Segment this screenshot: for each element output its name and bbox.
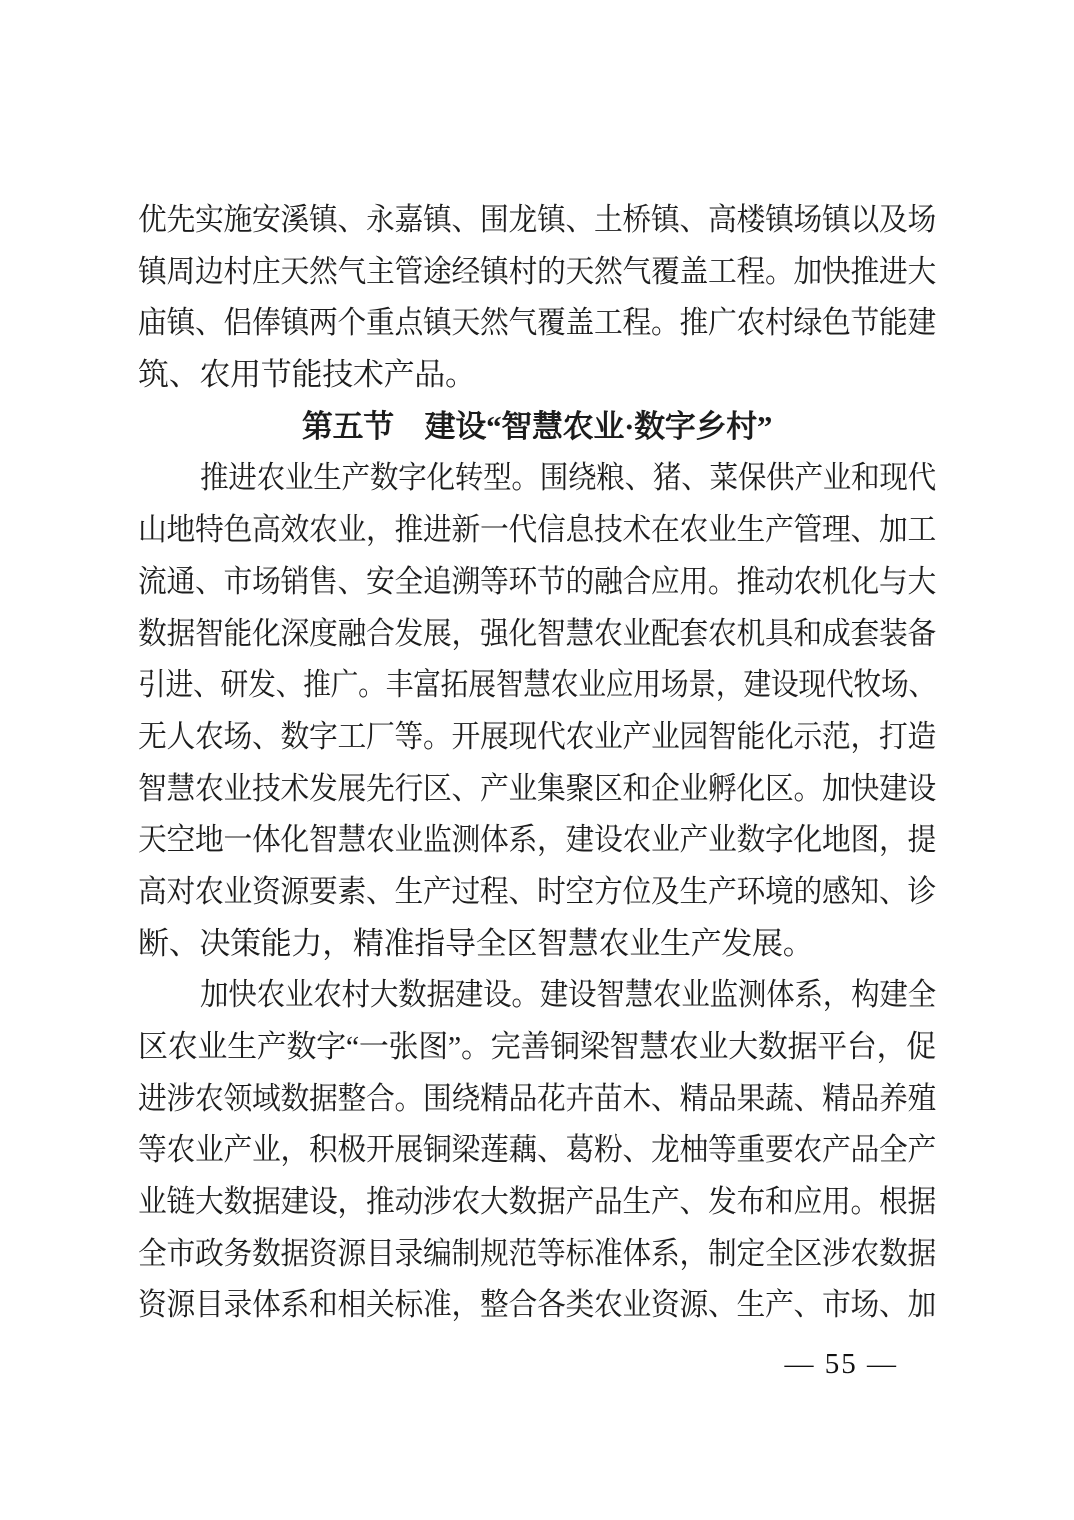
text-line-content: 无人农场、数字工厂等。开展现代农业产业园智能化示范，打造	[138, 711, 936, 763]
text-line-content: 引进、研发、推广。丰富拓展智慧农业应用场景，建设现代牧场、	[138, 659, 936, 711]
text-line-content: 天空地一体化智慧农业监测体系，建设农业产业数字化地图，提	[138, 814, 936, 866]
text-line: 全市政务数据资源目录编制规范等标准体系，制定全区涉农数据	[138, 1228, 936, 1280]
text-line-content: 业链大数据建设，推动涉农大数据产品生产、发布和应用。根据	[138, 1176, 936, 1228]
text-line: 区农业生产数字“一张图”。完善铜梁智慧农业大数据平台，促	[138, 1021, 936, 1073]
text-line-content: 优先实施安溪镇、永嘉镇、围龙镇、土桥镇、高楼镇场镇以及场	[138, 194, 936, 246]
text-line-content: 山地特色高效农业，推进新一代信息技术在农业生产管理、加工	[138, 504, 936, 556]
text-line: 推进农业生产数字化转型。围绕粮、猪、菜保供产业和现代	[138, 452, 936, 504]
text-line: 高对农业资源要素、生产过程、时空方位及生产环境的感知、诊	[138, 866, 936, 918]
text-line: 筑、农用节能技术产品。	[138, 349, 936, 401]
text-line: 进涉农领域数据整合。围绕精品花卉苗木、精品果蔬、精品养殖	[138, 1073, 936, 1125]
document-page: 优先实施安溪镇、永嘉镇、围龙镇、土桥镇、高楼镇场镇以及场 镇周边村庄天然气主管途…	[0, 0, 1074, 1520]
text-line: 优先实施安溪镇、永嘉镇、围龙镇、土桥镇、高楼镇场镇以及场	[138, 194, 936, 246]
page-number: — 55 —	[785, 1344, 899, 1384]
text-line-content: 区农业生产数字“一张图”。完善铜梁智慧农业大数据平台，促	[138, 1021, 936, 1073]
text-line-content: 筑、农用节能技术产品。	[138, 349, 476, 401]
text-line-content: 镇周边村庄天然气主管途经镇村的天然气覆盖工程。加快推进大	[138, 246, 936, 298]
text-line-content: 推进农业生产数字化转型。围绕粮、猪、菜保供产业和现代	[200, 452, 936, 504]
text-line-content: 庙镇、侣俸镇两个重点镇天然气覆盖工程。推广农村绿色节能建	[138, 297, 936, 349]
text-line: 数据智能化深度融合发展，强化智慧农业配套农机具和成套装备	[138, 608, 936, 660]
text-line: 业链大数据建设，推动涉农大数据产品生产、发布和应用。根据	[138, 1176, 936, 1228]
text-line: 加快农业农村大数据建设。建设智慧农业监测体系，构建全	[138, 969, 936, 1021]
text-line-content: 进涉农领域数据整合。围绕精品花卉苗木、精品果蔬、精品养殖	[138, 1073, 936, 1125]
section-heading: 第五节 建设“智慧农业·数字乡村”	[138, 401, 936, 453]
text-line: 资源目录体系和相关标准，整合各类农业资源、生产、市场、加	[138, 1279, 936, 1331]
body-text: 优先实施安溪镇、永嘉镇、围龙镇、土桥镇、高楼镇场镇以及场 镇周边村庄天然气主管途…	[138, 194, 936, 1331]
text-line-content: 资源目录体系和相关标准，整合各类农业资源、生产、市场、加	[138, 1279, 936, 1331]
text-line-content: 全市政务数据资源目录编制规范等标准体系，制定全区涉农数据	[138, 1228, 936, 1280]
text-line-content: 断、决策能力，精准指导全区智慧农业生产发展。	[138, 918, 813, 970]
text-line: 智慧农业技术发展先行区、产业集聚区和企业孵化区。加快建设	[138, 763, 936, 815]
text-line: 镇周边村庄天然气主管途经镇村的天然气覆盖工程。加快推进大	[138, 246, 936, 298]
text-line-content: 智慧农业技术发展先行区、产业集聚区和企业孵化区。加快建设	[138, 763, 936, 815]
section-heading-text: 第五节 建设“智慧农业·数字乡村”	[302, 401, 772, 453]
text-line: 天空地一体化智慧农业监测体系，建设农业产业数字化地图，提	[138, 814, 936, 866]
text-line-content: 高对农业资源要素、生产过程、时空方位及生产环境的感知、诊	[138, 866, 936, 918]
text-line: 无人农场、数字工厂等。开展现代农业产业园智能化示范，打造	[138, 711, 936, 763]
text-line: 山地特色高效农业，推进新一代信息技术在农业生产管理、加工	[138, 504, 936, 556]
text-line-content: 等农业产业，积极开展铜梁莲藕、葛粉、龙柚等重要农产品全产	[138, 1124, 936, 1176]
text-line-content: 加快农业农村大数据建设。建设智慧农业监测体系，构建全	[200, 969, 936, 1021]
text-line: 流通、市场销售、安全追溯等环节的融合应用。推动农机化与大	[138, 556, 936, 608]
text-line: 等农业产业，积极开展铜梁莲藕、葛粉、龙柚等重要农产品全产	[138, 1124, 936, 1176]
text-line: 引进、研发、推广。丰富拓展智慧农业应用场景，建设现代牧场、	[138, 659, 936, 711]
text-line-content: 流通、市场销售、安全追溯等环节的融合应用。推动农机化与大	[138, 556, 936, 608]
text-line: 断、决策能力，精准指导全区智慧农业生产发展。	[138, 918, 936, 970]
text-line-content: 数据智能化深度融合发展，强化智慧农业配套农机具和成套装备	[138, 608, 936, 660]
text-line: 庙镇、侣俸镇两个重点镇天然气覆盖工程。推广农村绿色节能建	[138, 297, 936, 349]
